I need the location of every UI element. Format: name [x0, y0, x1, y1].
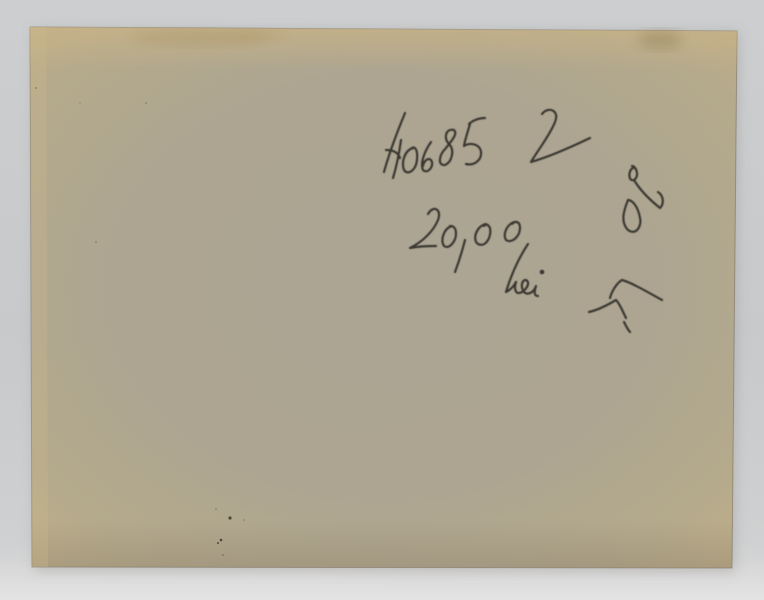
card-surface	[30, 27, 737, 568]
photo-card-back	[0, 0, 764, 600]
